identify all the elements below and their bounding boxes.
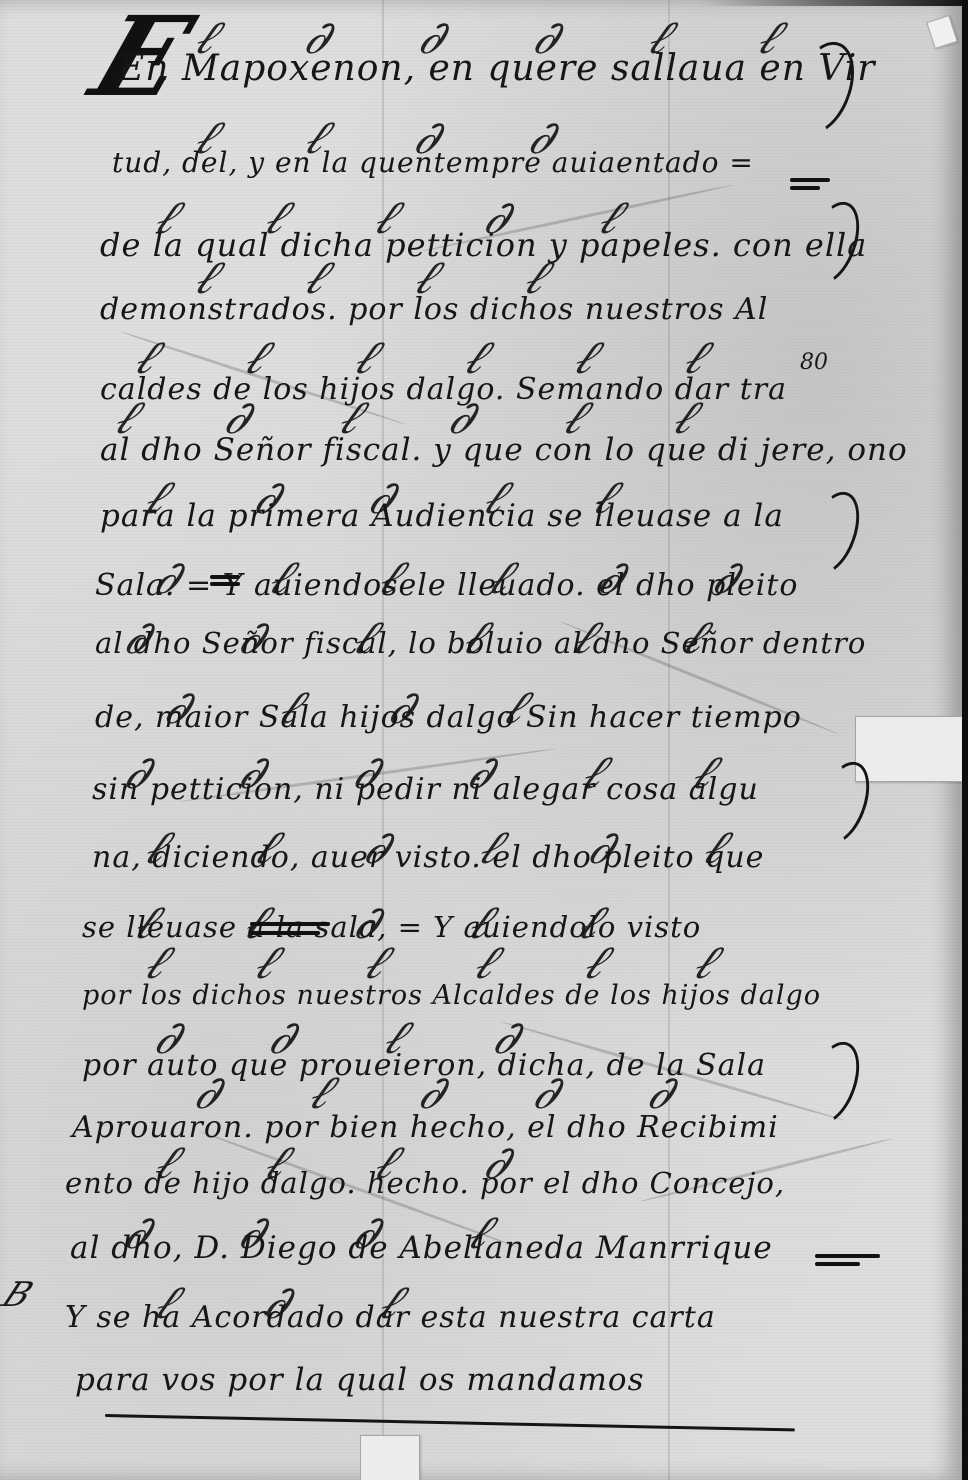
manuscript-line-13: se lleuase a la sala, = Y auiendolo vist… — [82, 910, 701, 944]
manuscript-line-18: al dho, D. Diego de Abellaneda Manrrique — [70, 1230, 773, 1266]
scan-border — [962, 0, 968, 1480]
manuscript-line-16: Aprouaron. por bien hecho, el dho Recibi… — [72, 1110, 779, 1145]
manuscript-line-2: tud, del, y en la quentempre auiaentado … — [112, 146, 754, 179]
page-edge-shadow — [700, 0, 968, 6]
line-filler — [790, 186, 820, 190]
manuscript-line-19: Y se ha Acordado dar esta nuestra carta — [65, 1300, 716, 1335]
line-filler — [210, 575, 240, 579]
manuscript-page: E ℓ ∂ ∂ ∂ ℓ ℓ ℓ ℓ ∂ ∂ ℓ ℓ ℓ ∂ ℓ ℓ ℓ ℓ ℓ … — [0, 0, 962, 1480]
manuscript-line-9: al dho Señor fiscal, lo boluio al dho Se… — [95, 626, 866, 660]
manuscript-line-8: Sala. = Y auiendosele lleuado. el dho pl… — [95, 568, 798, 603]
manuscript-line-14: por los dichos nuestros Alcaldes de los … — [82, 980, 821, 1011]
manuscript-line-17: ento de hijo dalgo. hecho. por el dho Co… — [65, 1166, 785, 1200]
manuscript-line-10: de, maior Sala hijos dalgo Sin hacer tie… — [95, 700, 802, 735]
manuscript-line-7: para la primera Audiencia se lleuase a l… — [100, 498, 784, 534]
line-end-flourish — [797, 1035, 870, 1132]
manuscript-line-11: sin petticion, ni pedir ni alegar cosa a… — [92, 772, 759, 807]
line-filler — [790, 178, 830, 182]
manuscript-line-15: por auto que proueieron, dicha, de la Sa… — [82, 1048, 766, 1083]
line-filler — [210, 582, 240, 586]
line-filler — [815, 1254, 880, 1258]
manuscript-line-5: caldes de los hijos dalgo. Semando dar t… — [100, 372, 787, 407]
manuscript-line-1: En Mapoxenon, en quere sallaua en Vir — [118, 48, 875, 89]
paper-patch — [360, 1435, 420, 1480]
paper-patch — [855, 716, 968, 782]
paper-tear — [926, 15, 957, 49]
manuscript-line-20: para vos por la qual os mandamos — [75, 1362, 644, 1398]
manuscript-line-3: de la qual dicha petticion y papeles. co… — [100, 226, 867, 264]
line-end-flourish — [797, 485, 870, 582]
manuscript-line-6: al dho Señor fiscal. y que con lo que di… — [100, 432, 908, 468]
line-filler — [250, 922, 330, 926]
line-filler — [250, 931, 320, 935]
marginal-initial: B — [0, 1275, 39, 1315]
manuscript-line-12: na, diciendo, auer visto. el dho pleito … — [92, 840, 764, 875]
line-filler — [815, 1262, 860, 1266]
marginal-numeral: 80 — [800, 350, 828, 375]
closing-rule — [105, 1414, 795, 1431]
manuscript-line-4: demonstrados. por los dichos nuestros Al — [100, 292, 768, 327]
